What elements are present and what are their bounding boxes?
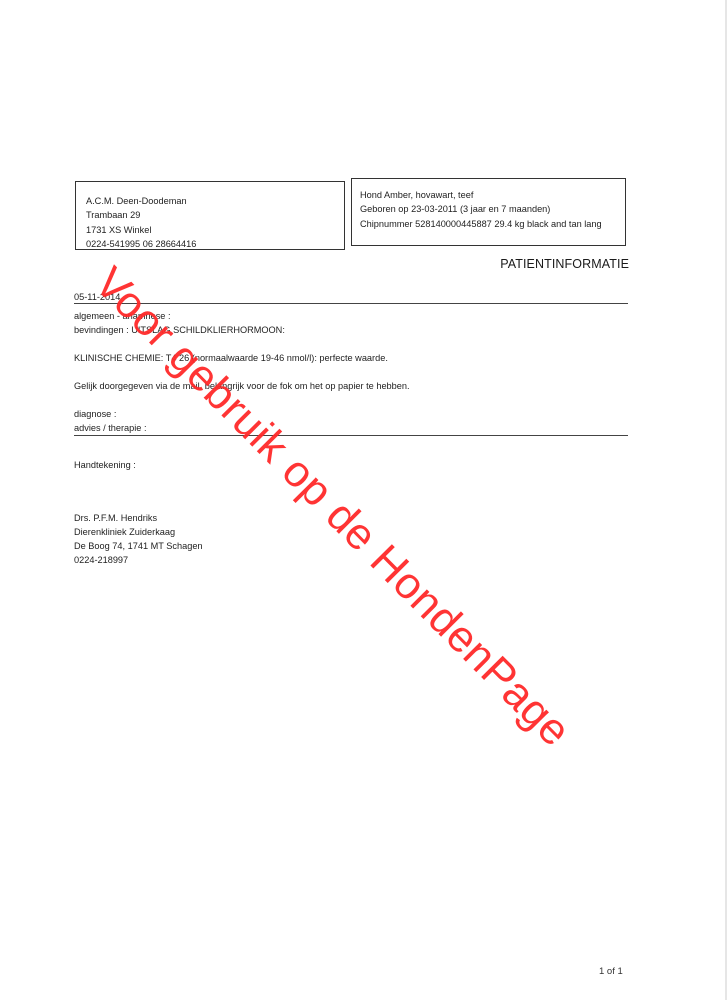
owner-name: A.C.M. Deen-Doodeman <box>86 194 344 208</box>
document-title: PATIENTINFORMATIE <box>500 257 629 271</box>
advies-label: advies / therapie : <box>74 423 147 433</box>
page-number: 1 of 1 <box>599 966 623 977</box>
dog-description: Hond Amber, hovawart, teef <box>360 188 625 202</box>
signature-label: Handtekening : <box>74 460 136 470</box>
vet-name: Drs. P.F.M. Hendriks <box>74 513 157 523</box>
owner-phone: 0224-541995 06 28664416 <box>86 237 344 251</box>
vet-clinic: Dierenkliniek Zuiderkaag <box>74 527 175 537</box>
dog-chip-weight: Chipnummer 528140000445887 29.4 kg black… <box>360 217 625 231</box>
divider <box>74 435 628 436</box>
owner-info-box: A.C.M. Deen-Doodeman Trambaan 29 1731 XS… <box>75 181 345 250</box>
owner-city: 1731 XS Winkel <box>86 223 344 237</box>
dog-birthdate: Geboren op 23-03-2011 (3 jaar en 7 maand… <box>360 202 625 216</box>
diagnose-label: diagnose : <box>74 409 116 419</box>
watermark: Voor gebruik op de HondenPage <box>85 258 581 757</box>
clinical-chemistry-result: KLINISCHE CHEMIE: T4 26 (normaalwaarde 1… <box>74 353 388 363</box>
patient-info-box: Hond Amber, hovawart, teef Geboren op 23… <box>351 178 626 246</box>
owner-street: Trambaan 29 <box>86 208 344 222</box>
vet-phone: 0224-218997 <box>74 555 128 565</box>
vet-address: De Boog 74, 1741 MT Schagen <box>74 541 203 551</box>
